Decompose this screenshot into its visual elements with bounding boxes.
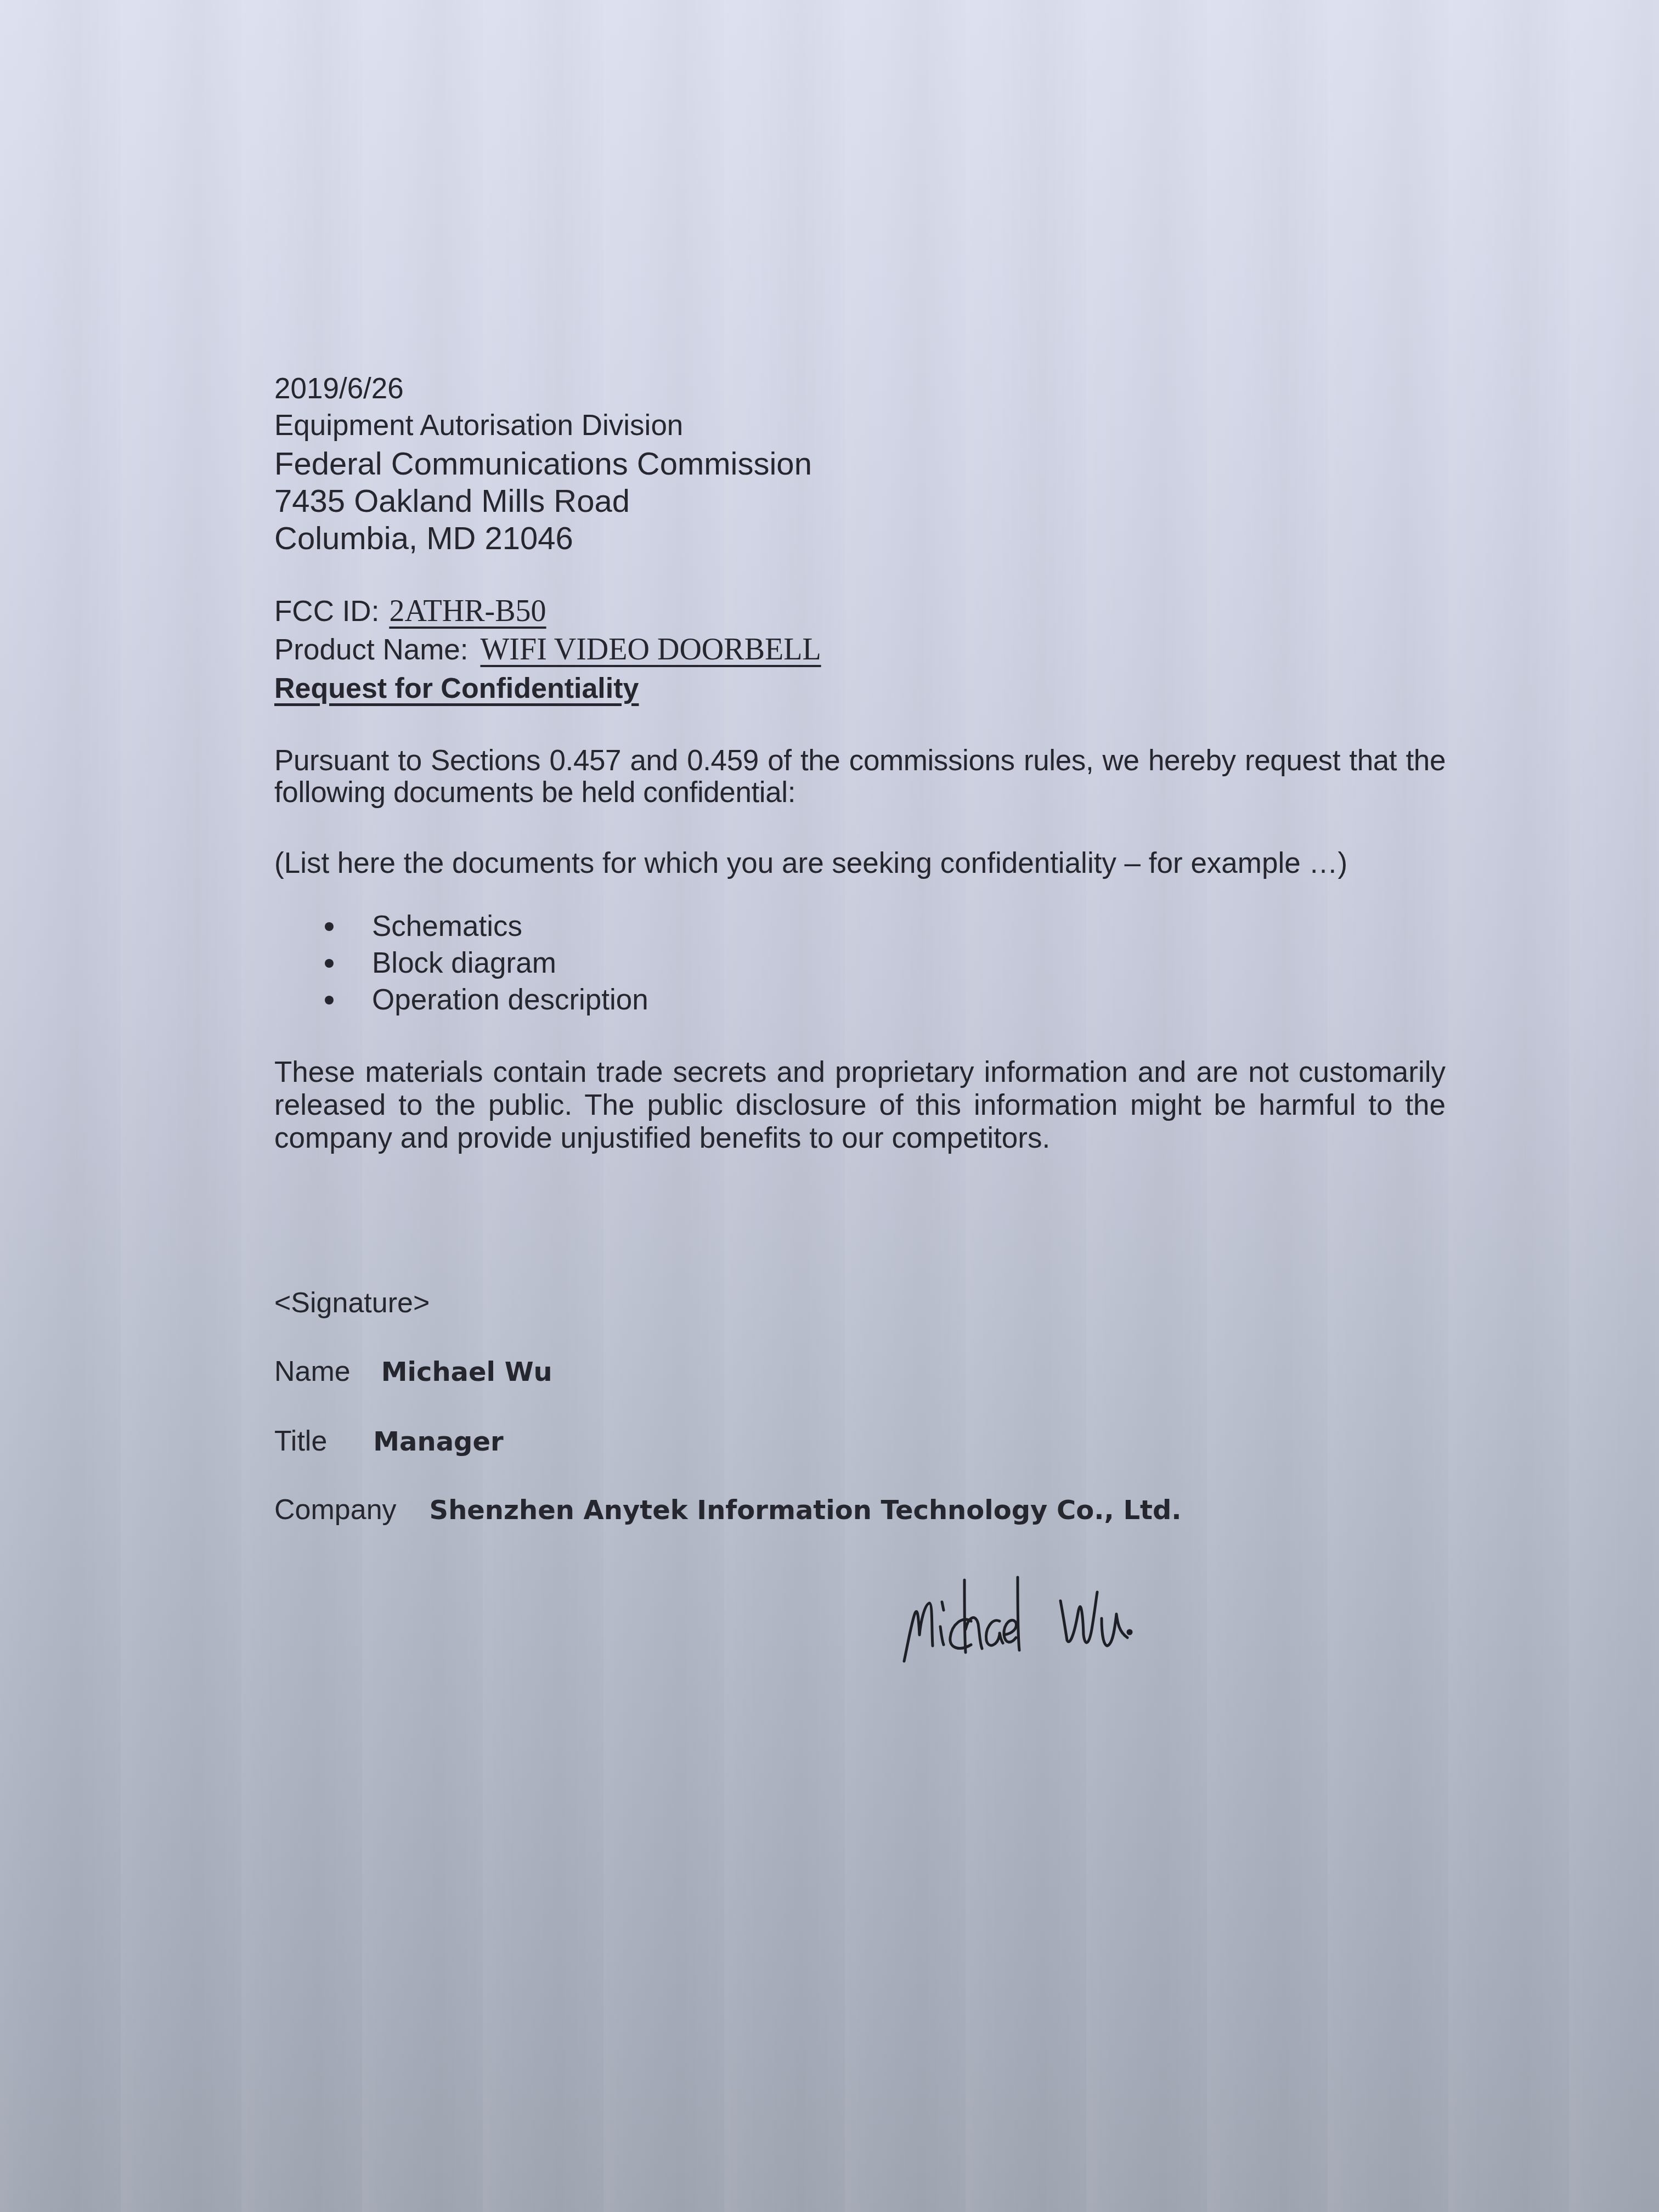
name-value: Michael Wu <box>381 1357 552 1387</box>
list-instruction: (List here the documents for which you a… <box>274 848 1454 879</box>
company-value: Shenzhen Anytek Information Technology C… <box>430 1495 1182 1526</box>
handwritten-signature <box>872 1553 1267 1673</box>
subject-heading: Request for Confidentiality <box>274 672 639 705</box>
signature-placeholder: <Signature> <box>274 1286 430 1319</box>
company-label: Company <box>274 1494 397 1526</box>
intro-paragraph: Pursuant to Sections 0.457 and 0.459 of … <box>274 745 1446 809</box>
title-value: Manager <box>373 1426 503 1457</box>
letter-date: 2019/6/26 <box>274 372 404 405</box>
bullet-icon <box>325 959 334 968</box>
title-label: Title <box>274 1425 327 1457</box>
fcc-id-row: FCC ID:2ATHR-B50 <box>274 594 546 629</box>
fcc-id-value: 2ATHR-B50 <box>389 594 546 628</box>
justification-paragraph: These materials contain trade secrets an… <box>274 1056 1446 1155</box>
product-name-label: Product Name: <box>274 634 468 666</box>
signatory-company-row: CompanyShenzhen Anytek Information Techn… <box>274 1493 1182 1526</box>
bullet-icon <box>325 996 334 1005</box>
recipient-street: 7435 Oakland Mills Road <box>274 483 630 520</box>
name-label: Name <box>274 1356 351 1387</box>
confidential-documents-list: Schematics Block diagram Operation descr… <box>274 908 648 1018</box>
product-name-row: Product Name:WIFI VIDEO DOORBELL <box>274 632 821 667</box>
list-item: Operation description <box>274 981 648 1018</box>
signatory-name-row: NameMichael Wu <box>274 1355 552 1388</box>
recipient-agency: Federal Communications Commission <box>274 445 812 482</box>
fcc-id-label: FCC ID: <box>274 595 379 628</box>
bullet-icon <box>325 922 334 931</box>
list-item: Block diagram <box>274 945 648 981</box>
recipient-division: Equipment Autorisation Division <box>274 409 683 442</box>
recipient-city: Columbia, MD 21046 <box>274 520 573 557</box>
product-name-value: WIFI VIDEO DOORBELL <box>480 633 821 667</box>
signatory-title-row: TitleManager <box>274 1425 504 1458</box>
list-item: Schematics <box>274 908 648 945</box>
